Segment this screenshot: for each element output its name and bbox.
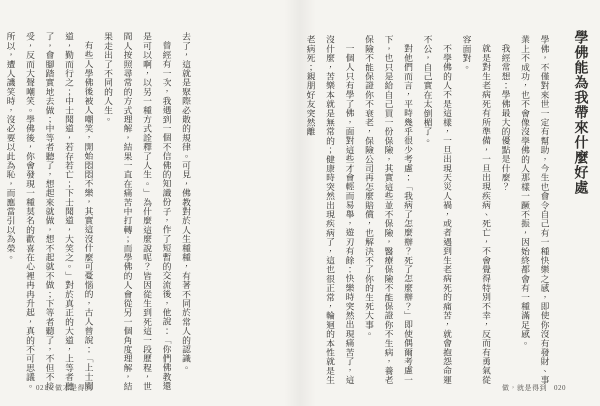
left-page-body: 去了，這就是聚際必散的規律。可見，佛教對於人生種種，有著不同於常人的認識。 曾經… — [0, 32, 195, 394]
page-number: 021 — [36, 384, 48, 392]
running-title: 做才是得到 — [55, 384, 93, 392]
page-footer-right: 做，就是得到020 — [502, 383, 566, 393]
paragraph: 有些人學佛後被人嘲笑，開始悶悶不樂，其實這沒什麼可憂惱的，古人曾說：「上士聞道，… — [0, 32, 98, 394]
paragraph: 一個人只有學了佛，面對這些才會輕而易舉，遊刃有餘：快樂時突然出現痛苦了，這沒什麼… — [300, 35, 359, 392]
page-number: 020 — [554, 384, 566, 392]
left-page: 去了，這就是聚際必散的規律。可見，佛教對於人生種種，有著不同於常人的認識。 曾經… — [0, 0, 300, 406]
paragraph: 對他們而言，平時幾乎很少考慮：「我病了怎麼辦？死了怎麼辦？」即使偶爾考慮一下，也… — [359, 35, 418, 392]
right-page-content: 學佛能為我帶來什麼好處 學佛，不僅對來世一定有幫助，今生也會令自己有一種快樂之感… — [300, 30, 600, 392]
paragraph: 學佛，不僅對來世一定有幫助，今生也會令自己有一種快樂之感，即使你沒有發財、事業上… — [515, 35, 554, 392]
paragraph: 不學佛的人不是這樣，一旦出現天災人禍，或者遇到生老病死的痛苦，就會抱怨命運不公，… — [417, 35, 456, 392]
paragraph: 我經常想：學佛最大的優點是什麼？ — [495, 35, 515, 392]
paragraph: 曾經有一次，我遇到一個不信佛的知識份子，作了短暫的交流後，他說：「你們佛教還是可… — [98, 32, 176, 394]
right-page: 學佛能為我帶來什麼好處 學佛，不僅對來世一定有幫助，今生也會令自己有一種快樂之感… — [300, 0, 600, 406]
book-spread: 去了，這就是聚際必散的規律。可見，佛教對於人生種種，有著不同於常人的認識。 曾經… — [0, 0, 600, 406]
chapter-title: 學佛能為我帶來什麼好處 — [570, 30, 590, 392]
paragraph: 就是對生老病死有所準備，一旦出現疾病、死亡，不會覺得特別不幸，反而有勇氣從容面對… — [456, 35, 495, 392]
running-title: 做，就是得到 — [502, 384, 547, 392]
paragraph: 去了，這就是聚際必散的規律。可見，佛教對於人生種種，有著不同於常人的認識。 — [176, 32, 196, 394]
right-page-body: 學佛，不僅對來世一定有幫助，今生也會令自己有一種快樂之感，即使你沒有發財、事業上… — [300, 35, 554, 392]
page-footer-left: 021做才是得到 — [36, 383, 93, 393]
